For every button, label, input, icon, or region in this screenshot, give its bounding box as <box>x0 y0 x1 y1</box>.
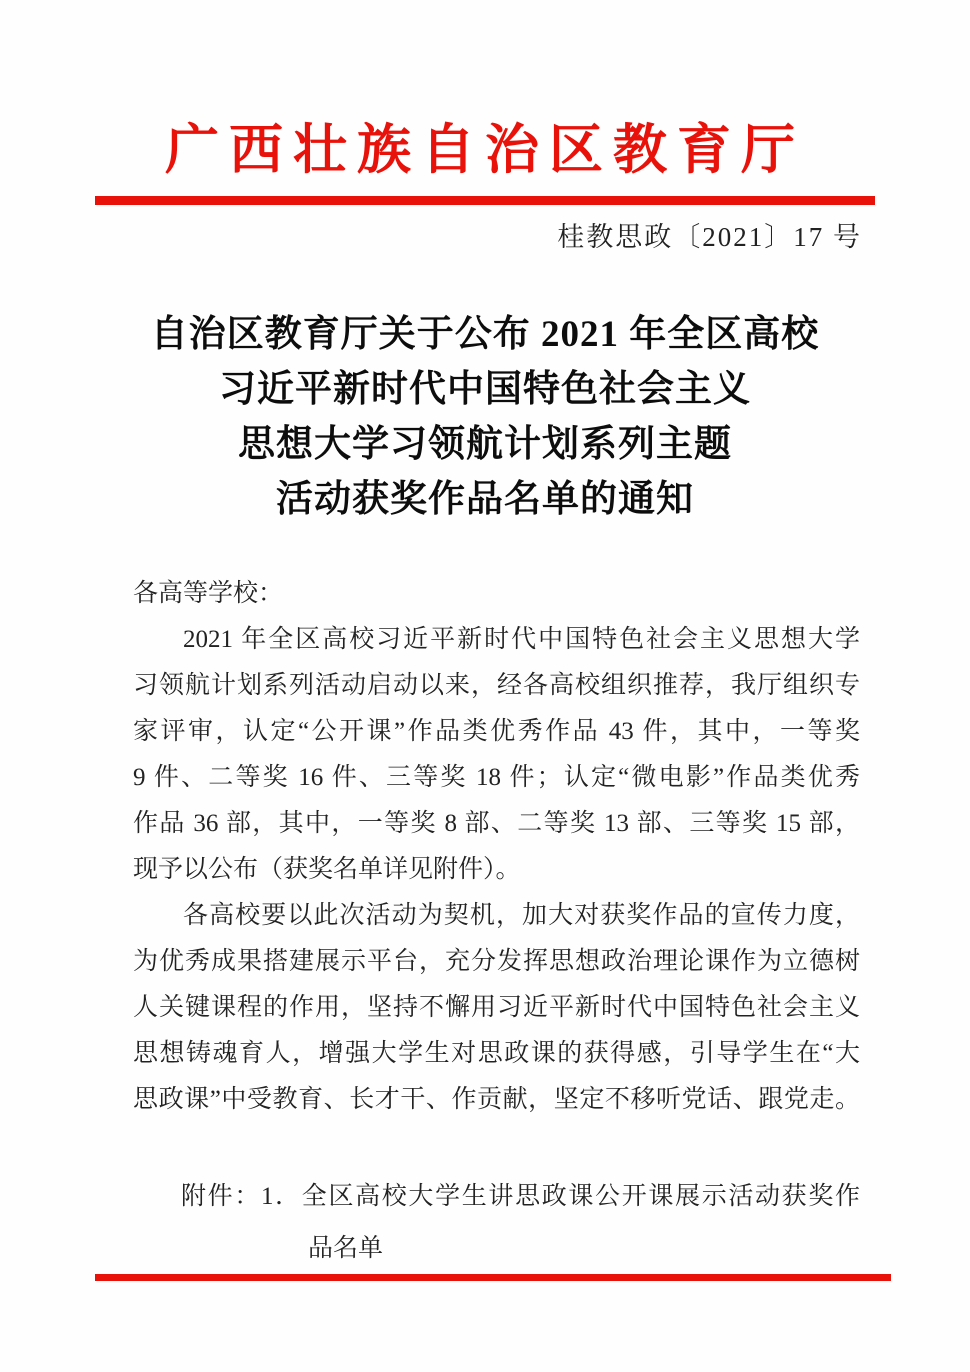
body-line: 9 件、二等奖 16 件、三等奖 18 件；认定“微电影”作品类优秀 <box>133 755 860 801</box>
body-line: 2021 年全区高校习近平新时代中国特色社会主义思想大学 <box>133 617 860 663</box>
header-divider-rule <box>95 196 875 205</box>
title-line: 自治区教育厅关于公布 2021 年全区高校 <box>0 307 970 362</box>
body-line: 各高校要以此次活动为契机，加大对获奖作品的宣传力度， <box>133 893 860 939</box>
title-line: 习近平新时代中国特色社会主义 <box>0 362 970 417</box>
agency-name-header: 广西壮族自治区教育厅 <box>0 0 970 182</box>
document-title: 自治区教育厅关于公布 2021 年全区高校 习近平新时代中国特色社会主义 思想大… <box>0 307 970 527</box>
attachment-section: 附件：1．全区高校大学生讲思政课公开课展示活动获奖作 品名单 <box>133 1171 860 1275</box>
body-line: 现予以公布（获奖名单详见附件）。 <box>133 847 860 893</box>
document-body: 各高等学校： 2021 年全区高校习近平新时代中国特色社会主义思想大学 习领航计… <box>133 571 860 1123</box>
title-line: 思想大学习领航计划系列主题 <box>0 417 970 472</box>
attachment-line: 附件：1．全区高校大学生讲思政课公开课展示活动获奖作 <box>133 1171 860 1223</box>
footer-divider-rule <box>95 1274 891 1281</box>
body-line: 思政课”中受教育、长才干、作贡献，坚定不移听党话、跟党走。 <box>133 1077 860 1123</box>
body-line: 习领航计划系列活动启动以来，经各高校组织推荐，我厅组织专 <box>133 663 860 709</box>
body-line: 作品 36 部，其中，一等奖 8 部、二等奖 13 部、三等奖 15 部， <box>133 801 860 847</box>
document-number: 桂教思政〔2021〕17 号 <box>0 219 970 255</box>
body-line: 人关键课程的作用，坚持不懈用习近平新时代中国特色社会主义 <box>133 985 860 1031</box>
attachment-line: 品名单 <box>133 1223 860 1275</box>
title-line: 活动获奖作品名单的通知 <box>0 472 970 527</box>
body-line: 为优秀成果搭建展示平台，充分发挥思想政治理论课作为立德树 <box>133 939 860 985</box>
body-line: 家评审，认定“公开课”作品类优秀作品 43 件，其中，一等奖 <box>133 709 860 755</box>
salutation-line: 各高等学校： <box>133 571 860 617</box>
body-line: 思想铸魂育人，增强大学生对思政课的获得感，引导学生在“大 <box>133 1031 860 1077</box>
document-page: 广西壮族自治区教育厅 桂教思政〔2021〕17 号 自治区教育厅关于公布 202… <box>0 0 970 1372</box>
